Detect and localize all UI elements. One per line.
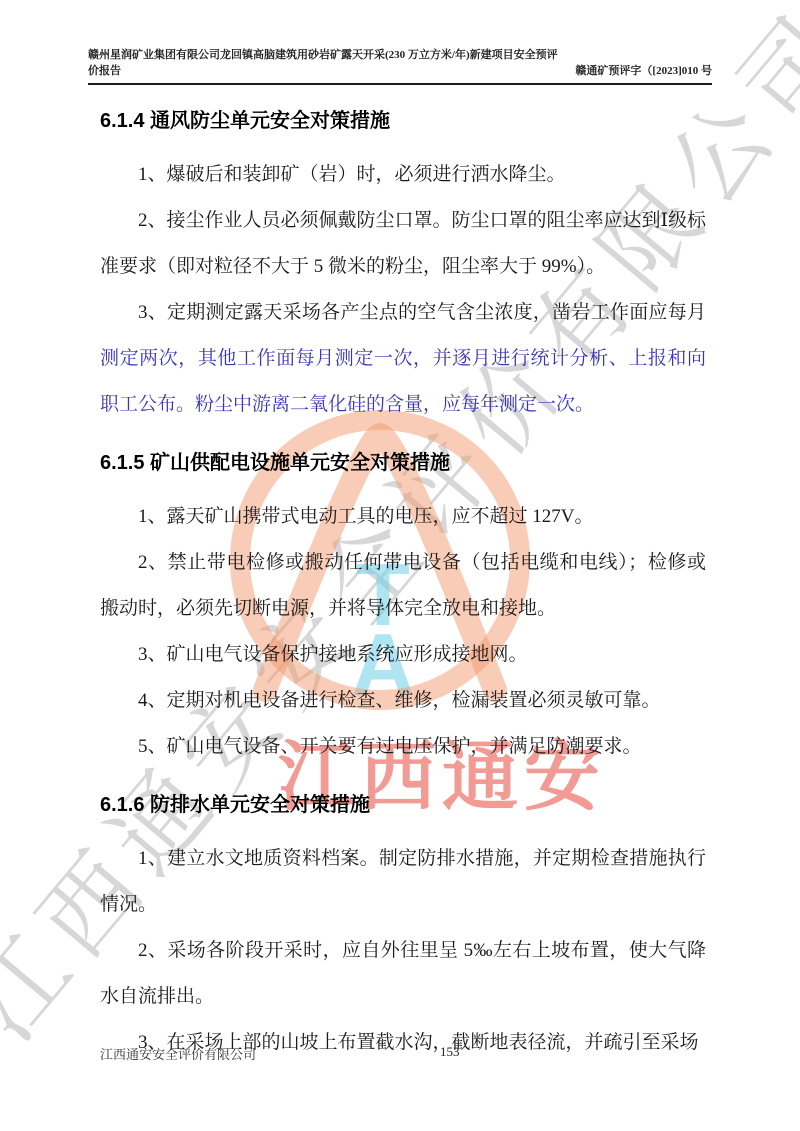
paragraph: 4、定期对机电设备进行检查、维修，检漏装置必须灵敏可靠。 [100, 678, 706, 724]
paragraph: 1、露天矿山携带式电动工具的电压，应不超过 127V。 [100, 494, 706, 540]
section-heading-6-1-4: 6.1.4 通风防尘单元安全对策措施 [100, 106, 706, 136]
section-heading-6-1-6: 6.1.6 防排水单元安全对策措施 [100, 790, 706, 820]
paragraph: 3、矿山电气设备保护接地系统应形成接地网。 [100, 632, 706, 678]
header-report-title: 赣州星润矿业集团有限公司龙回镇高脑建筑用砂岩矿露天开采(230 万立方米/年)新… [88, 46, 565, 78]
paragraph: 3、定期测定露天采场各产尘点的空气含尘浓度，凿岩工作面应每月测定两次，其他工作面… [100, 290, 706, 428]
footer-company-name: 江西通安安全评价有限公司 [100, 1044, 256, 1063]
paragraph: 5、矿山电气设备、开关要有过电压保护，并满足防潮要求。 [100, 724, 706, 770]
paragraph: 1、建立水文地质资料档案。制定防排水措施，并定期检查措施执行情况。 [100, 836, 706, 928]
header-document-number: 赣通矿预评字（[2023]010 号 [565, 62, 712, 78]
section-heading-6-1-5: 6.1.5 矿山供配电设施单元安全对策措施 [100, 448, 706, 478]
paragraph: 2、采场各阶段开采时，应自外往里呈 5‰左右上坡布置，使大气降水自流排出。 [100, 928, 706, 1020]
paragraph-black-segment: 3、定期测定露天采场各产尘点的空气含尘浓度，凿岩工作面应每月 [138, 302, 706, 323]
paragraph: 1、爆破后和装卸矿（岩）时，必须进行洒水降尘。 [100, 152, 706, 198]
paragraph: 2、接尘作业人员必须佩戴防尘口罩。防尘口罩的阻尘率应达到Ⅰ级标准要求（即对粒径不… [100, 198, 706, 290]
document-page: 江西通安安全评价有限公司 T A 江西通安 赣州星润矿业集团有限公司龙回镇高脑建… [0, 0, 800, 1131]
page-header: 赣州星润矿业集团有限公司龙回镇高脑建筑用砂岩矿露天开采(230 万立方米/年)新… [88, 46, 712, 85]
paragraph: 2、禁止带电检修或搬动任何带电设备（包括电缆和电线）；检修或搬动时，必须先切断电… [100, 540, 706, 632]
footer-page-number: 153 [440, 1044, 460, 1060]
document-body: 6.1.4 通风防尘单元安全对策措施 1、爆破后和装卸矿（岩）时，必须进行洒水降… [100, 106, 706, 1066]
paragraph-blue-segment: 测定两次，其他工作面每月测定一次，并逐月进行统计分析、上报和向职工公布。粉尘中游… [100, 348, 706, 415]
